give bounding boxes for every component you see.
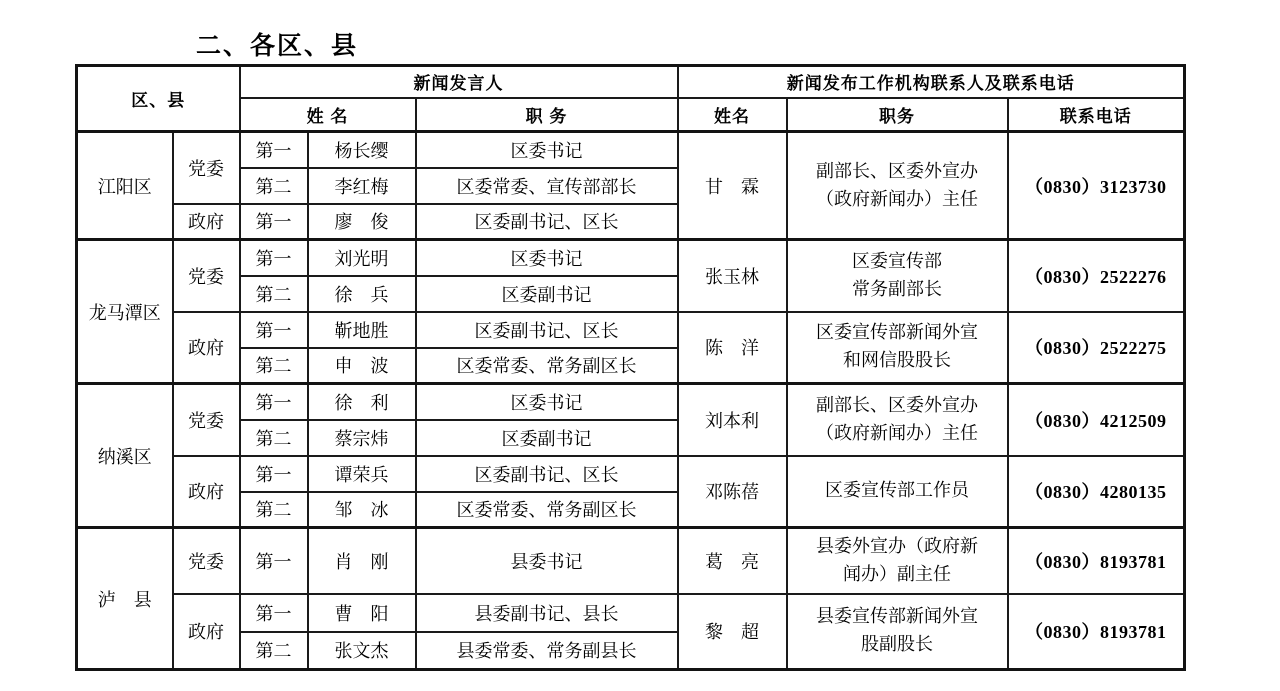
- table-row: 政府 第一 曹 阳 县委副书记、县长 黎 超 县委宣传部新闻外宣 股副股长 （0…: [77, 594, 1185, 632]
- contact-phone-cell: （0830）4212509: [1008, 384, 1185, 456]
- table-row: 泸 县 党委 第一 肖 刚 县委书记 葛 亮 县委外宣办（政府新 闻办）副主任 …: [77, 528, 1185, 594]
- org-cell: 政府: [173, 456, 240, 528]
- spokesperson-title-cell: 区委书记: [416, 132, 678, 168]
- spokesperson-name-cell: 李红梅: [308, 168, 416, 204]
- contact-name-cell: 葛 亮: [678, 528, 787, 594]
- rank-cell: 第一: [240, 132, 308, 168]
- spokesperson-name-cell: 肖 刚: [308, 528, 416, 594]
- contact-phone-cell: （0830）4280135: [1008, 456, 1185, 528]
- spokesperson-title-cell: 区委副书记、区长: [416, 456, 678, 492]
- header-ct-title: 职务: [787, 98, 1008, 132]
- rank-cell: 第一: [240, 456, 308, 492]
- rank-cell: 第一: [240, 384, 308, 420]
- contact-phone-cell: （0830）2522276: [1008, 240, 1185, 312]
- spokesperson-name-cell: 刘光明: [308, 240, 416, 276]
- contact-name-cell: 邓陈蓓: [678, 456, 787, 528]
- spokesperson-name-cell: 蔡宗炜: [308, 420, 416, 456]
- table-row: 政府 第一 谭荣兵 区委副书记、区长 邓陈蓓 区委宣传部工作员 （0830）42…: [77, 456, 1185, 492]
- spokesperson-name-cell: 申 波: [308, 348, 416, 384]
- region-cell: 江阳区: [77, 132, 173, 240]
- contact-title-cell: 副部长、区委外宣办 （政府新闻办）主任: [787, 384, 1008, 456]
- contact-name-cell: 黎 超: [678, 594, 787, 670]
- spokesperson-title-cell: 区委副书记、区长: [416, 204, 678, 240]
- table-row: 江阳区 党委 第一 杨长缨 区委书记 甘 霖 副部长、区委外宣办 （政府新闻办）…: [77, 132, 1185, 168]
- spokesperson-name-cell: 杨长缨: [308, 132, 416, 168]
- rank-cell: 第一: [240, 204, 308, 240]
- contact-name-cell: 陈 洋: [678, 312, 787, 384]
- org-cell: 党委: [173, 384, 240, 456]
- header-spokesperson-group: 新闻发言人: [240, 66, 678, 98]
- rank-cell: 第二: [240, 420, 308, 456]
- rank-cell: 第二: [240, 348, 308, 384]
- org-cell: 党委: [173, 528, 240, 594]
- header-region: 区、县: [77, 66, 240, 132]
- org-cell: 政府: [173, 204, 240, 240]
- spokesperson-table: 区、县 新闻发言人 新闻发布工作机构联系人及联系电话 姓 名 职 务 姓名 职务…: [75, 64, 1186, 671]
- contact-name-cell: 刘本利: [678, 384, 787, 456]
- rank-cell: 第二: [240, 276, 308, 312]
- rank-cell: 第一: [240, 528, 308, 594]
- rank-cell: 第一: [240, 312, 308, 348]
- contact-title-cell: 县委外宣办（政府新 闻办）副主任: [787, 528, 1008, 594]
- spokesperson-title-cell: 区委常委、常务副区长: [416, 492, 678, 528]
- table-row: 龙马潭区 党委 第一 刘光明 区委书记 张玉林 区委宣传部 常务副部长 （083…: [77, 240, 1185, 276]
- region-cell: 泸 县: [77, 528, 173, 670]
- spokesperson-name-cell: 曹 阳: [308, 594, 416, 632]
- spokesperson-name-cell: 邹 冰: [308, 492, 416, 528]
- page-title: 二、各区、县: [196, 26, 358, 62]
- contact-phone-cell: （0830）8193781: [1008, 528, 1185, 594]
- header-contact-group: 新闻发布工作机构联系人及联系电话: [678, 66, 1185, 98]
- spokesperson-name-cell: 谭荣兵: [308, 456, 416, 492]
- header-sp-name: 姓 名: [240, 98, 416, 132]
- spokesperson-title-cell: 区委副书记: [416, 420, 678, 456]
- contact-title-cell: 区委宣传部 常务副部长: [787, 240, 1008, 312]
- table-row: 纳溪区 党委 第一 徐 利 区委书记 刘本利 副部长、区委外宣办 （政府新闻办）…: [77, 384, 1185, 420]
- rank-cell: 第二: [240, 492, 308, 528]
- spokesperson-title-cell: 区委常委、常务副区长: [416, 348, 678, 384]
- rank-cell: 第一: [240, 240, 308, 276]
- org-cell: 党委: [173, 132, 240, 204]
- spokesperson-title-cell: 县委副书记、县长: [416, 594, 678, 632]
- rank-cell: 第二: [240, 632, 308, 670]
- contact-title-cell: 副部长、区委外宣办 （政府新闻办）主任: [787, 132, 1008, 240]
- spokesperson-title-cell: 区委常委、宣传部部长: [416, 168, 678, 204]
- region-cell: 龙马潭区: [77, 240, 173, 384]
- spokesperson-title-cell: 区委副书记、区长: [416, 312, 678, 348]
- org-cell: 政府: [173, 312, 240, 384]
- spokesperson-name-cell: 廖 俊: [308, 204, 416, 240]
- contact-phone-cell: （0830）2522275: [1008, 312, 1185, 384]
- contact-title-cell: 区委宣传部工作员: [787, 456, 1008, 528]
- spokesperson-name-cell: 徐 利: [308, 384, 416, 420]
- contact-name-cell: 张玉林: [678, 240, 787, 312]
- spokesperson-name-cell: 靳地胜: [308, 312, 416, 348]
- org-cell: 党委: [173, 240, 240, 312]
- header-sp-title: 职 务: [416, 98, 678, 132]
- spokesperson-title-cell: 县委常委、常务副县长: [416, 632, 678, 670]
- spokesperson-name-cell: 徐 兵: [308, 276, 416, 312]
- spokesperson-title-cell: 区委副书记: [416, 276, 678, 312]
- region-cell: 纳溪区: [77, 384, 173, 528]
- spokesperson-title-cell: 区委书记: [416, 240, 678, 276]
- spokesperson-name-cell: 张文杰: [308, 632, 416, 670]
- header-row-1: 区、县 新闻发言人 新闻发布工作机构联系人及联系电话: [77, 66, 1185, 98]
- org-cell: 政府: [173, 594, 240, 670]
- contact-phone-cell: （0830）3123730: [1008, 132, 1185, 240]
- rank-cell: 第一: [240, 594, 308, 632]
- contact-name-cell: 甘 霖: [678, 132, 787, 240]
- rank-cell: 第二: [240, 168, 308, 204]
- table-row: 政府 第一 靳地胜 区委副书记、区长 陈 洋 区委宣传部新闻外宣 和网信股股长 …: [77, 312, 1185, 348]
- contact-phone-cell: （0830）8193781: [1008, 594, 1185, 670]
- contact-title-cell: 区委宣传部新闻外宣 和网信股股长: [787, 312, 1008, 384]
- spokesperson-title-cell: 县委书记: [416, 528, 678, 594]
- contact-title-cell: 县委宣传部新闻外宣 股副股长: [787, 594, 1008, 670]
- header-ct-phone: 联系电话: [1008, 98, 1185, 132]
- spokesperson-title-cell: 区委书记: [416, 384, 678, 420]
- header-row-2: 姓 名 职 务 姓名 职务 联系电话: [77, 98, 1185, 132]
- header-ct-name: 姓名: [678, 98, 787, 132]
